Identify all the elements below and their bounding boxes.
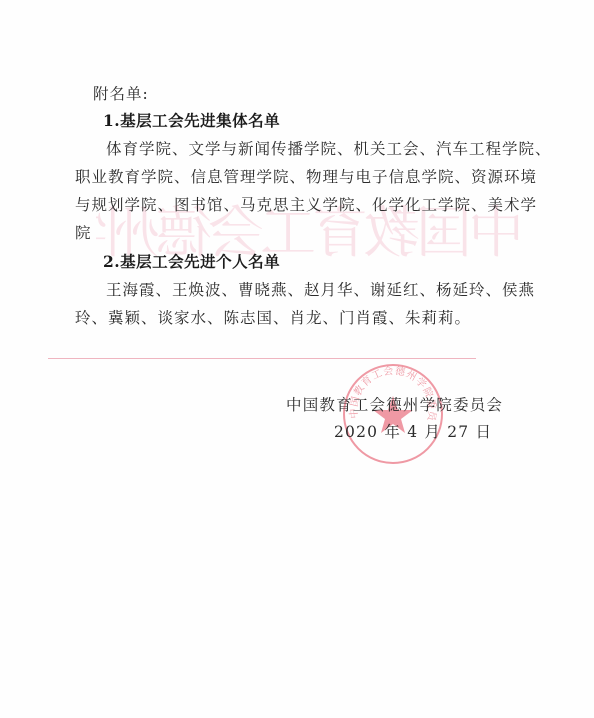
- attachment-label: 附名单:: [93, 84, 149, 104]
- section-1-line-3: 与规划学院、图书馆、马克思主义学院、化学化工学院、美术学: [75, 195, 537, 215]
- section-1-heading: 1.基层工会先进集体名单: [103, 111, 280, 131]
- section-1-line-1: 体育学院、文学与新闻传播学院、机关工会、汽车工程学院、: [106, 139, 552, 159]
- section-2-heading: 2.基层工会先进个人名单: [103, 252, 280, 272]
- signature-date: 2020 年 4 月 27 日: [334, 422, 492, 442]
- document-page: 中国教育工会德州学院委员会文件 附名单: 1.基层工会先进集体名单 体育学院、文…: [0, 0, 594, 718]
- section-1-line-2: 职业教育学院、信息管理学院、物理与电子信息学院、资源环境: [75, 167, 537, 187]
- section-1-line-4: 院: [75, 223, 92, 243]
- horizontal-divider: [48, 358, 476, 359]
- signature-organization: 中国教育工会德州学院委员会: [286, 395, 503, 415]
- section-2-line-2: 玲、冀颖、谈家水、陈志国、肖龙、门肖霞、朱莉莉。: [75, 308, 471, 328]
- section-2-line-1: 王海霞、王焕波、曹晓燕、赵月华、谢延红、杨延玲、侯燕: [106, 280, 535, 300]
